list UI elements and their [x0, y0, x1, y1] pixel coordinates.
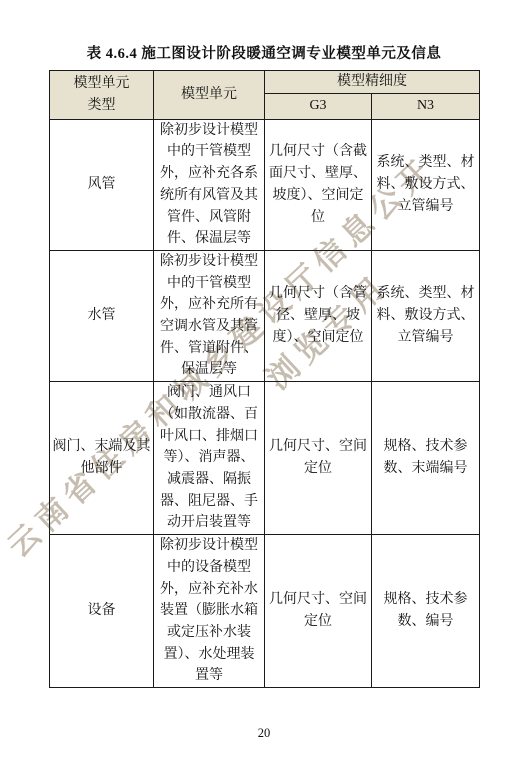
cell-g3: 几何尺寸、空间 定位 — [265, 382, 372, 535]
cell-unit: 除初步设计模型 中的干管模型 外，应补充各系 统所有风管及其 管件、风管附 件、… — [154, 119, 265, 250]
cell-unit: 除初步设计模型 中的设备模型 外，应补充补水 装置（膨胀水箱 或定压补水装 置）… — [154, 535, 265, 688]
cell-g3: 几何尺寸（含截 面尺寸、壁厚、 坡度）、空间定 位 — [265, 119, 372, 250]
table-row: 阀门、末端及其 他部件 阀门、通风口 （如散流器、百 叶风口、排烟口 等）、消声… — [50, 382, 480, 535]
cell-g3: 几何尺寸、空间 定位 — [265, 535, 372, 688]
cell-unit: 阀门、通风口 （如散流器、百 叶风口、排烟口 等）、消声器、 减震器、隔振 器、… — [154, 382, 265, 535]
table-caption: 表 4.6.4 施工图设计阶段暖通空调专业模型单元及信息 — [0, 42, 528, 63]
header-model-unit: 模型单元 — [154, 71, 265, 120]
model-unit-table: 模型单元 类型 模型单元 模型精细度 G3 N3 风管 除初步设计模型 中的干管… — [49, 70, 480, 688]
table-row: 风管 除初步设计模型 中的干管模型 外，应补充各系 统所有风管及其 管件、风管附… — [50, 119, 480, 250]
cell-n3: 系统、类型、材 料、敷设方式、 立管编号 — [372, 119, 480, 250]
table-row: 设备 除初步设计模型 中的设备模型 外，应补充补水 装置（膨胀水箱 或定压补水装… — [50, 535, 480, 688]
cell-type: 风管 — [50, 119, 154, 250]
header-model-detail-level: 模型精细度 — [265, 71, 480, 94]
document-page: 云南省住房和城乡建设厅信息公开 浏览专用 表 4.6.4 施工图设计阶段暖通空调… — [0, 0, 528, 767]
header-g3: G3 — [265, 93, 372, 119]
cell-type: 阀门、末端及其 他部件 — [50, 382, 154, 535]
cell-type: 水管 — [50, 250, 154, 381]
cell-unit: 除初步设计模型 中的干管模型 外，应补充所有 空调水管及其管 件、管道附件、 保… — [154, 250, 265, 381]
cell-n3: 系统、类型、材 料、敷设方式、 立管编号 — [372, 250, 480, 381]
cell-type: 设备 — [50, 535, 154, 688]
cell-n3: 规格、技术参 数、编号 — [372, 535, 480, 688]
header-model-unit-type: 模型单元 类型 — [50, 71, 154, 120]
table-row: 水管 除初步设计模型 中的干管模型 外，应补充所有 空调水管及其管 件、管道附件… — [50, 250, 480, 381]
cell-g3: 几何尺寸（含管 径、壁厚、坡 度）、空间定位 — [265, 250, 372, 381]
header-n3: N3 — [372, 93, 480, 119]
page-number: 20 — [0, 726, 528, 741]
cell-n3: 规格、技术参 数、末端编号 — [372, 382, 480, 535]
